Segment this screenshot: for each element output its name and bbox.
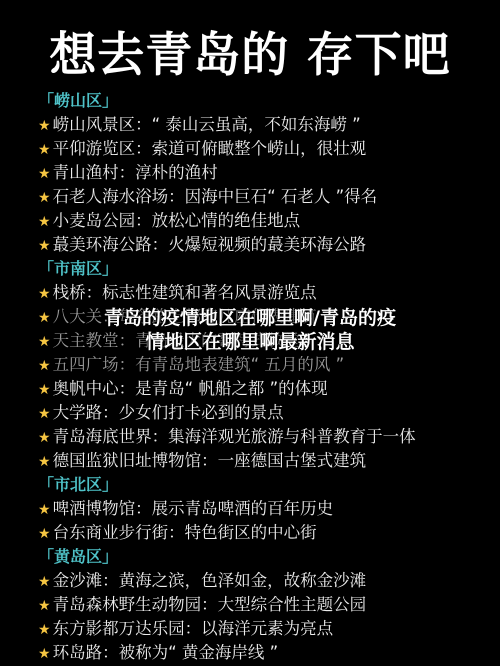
section-laoshan: 「崂山区」	[38, 89, 500, 113]
star-icon: ★	[38, 190, 51, 206]
overlay-caption: 青岛的疫情地区在哪里啊/青岛的疫 情地区在哪里啊最新消息	[40, 306, 460, 354]
star-icon: ★	[38, 526, 51, 542]
list-item: ★崂山风景区：“ 泰山云虽高，不如东海崂 ”	[38, 113, 500, 137]
overlay-line-2: 情地区在哪里啊最新消息	[40, 330, 460, 354]
star-icon: ★	[38, 238, 51, 254]
list-item: ★奥帆中心：是青岛“ 帆船之都 ”的体现	[38, 377, 500, 401]
star-icon: ★	[38, 646, 51, 662]
list-item: ★啤酒博物馆：展示青岛啤酒的百年历史	[38, 497, 500, 521]
page-title: 想去青岛的 存下吧	[0, 18, 500, 85]
star-icon: ★	[38, 502, 51, 518]
section-shibei: 「市北区」	[38, 473, 500, 497]
star-icon: ★	[38, 166, 51, 182]
star-icon: ★	[38, 382, 51, 398]
star-icon: ★	[38, 598, 51, 614]
list-item: ★青岛森林野生动物园：大型综合性主题公园	[38, 593, 500, 617]
star-icon: ★	[38, 118, 51, 134]
list-item: ★平仰游览区：索道可俯瞰整个崂山，很壮观	[38, 137, 500, 161]
star-icon: ★	[38, 358, 51, 374]
list-item: ★青山渔村：淳朴的渔村	[38, 161, 500, 185]
list-item: ★环岛路：被称为“ 黄金海岸线 ”	[38, 641, 500, 665]
list-item: ★石老人海水浴场：因海中巨石“ 石老人 ”得名	[38, 185, 500, 209]
list-item: ★台东商业步行街：特色街区的中心街	[38, 521, 500, 545]
list-item: ★栈桥：标志性建筑和著名风景游览点	[38, 281, 500, 305]
section-shinan: 「市南区」	[38, 257, 500, 281]
overlay-line-1: 青岛的疫情地区在哪里啊/青岛的疫	[40, 306, 460, 330]
star-icon: ★	[38, 142, 51, 158]
list-item: ★小麦岛公园：放松心情的绝佳地点	[38, 209, 500, 233]
section-huangdao: 「黄岛区」	[38, 545, 500, 569]
star-icon: ★	[38, 574, 51, 590]
star-icon: ★	[38, 406, 51, 422]
star-icon: ★	[38, 454, 51, 470]
list-item: ★东方影都万达乐园：以海洋元素为亮点	[38, 617, 500, 641]
attraction-list: 「崂山区」 ★崂山风景区：“ 泰山云虽高，不如东海崂 ” ★平仰游览区：索道可俯…	[38, 89, 500, 665]
star-icon: ★	[38, 622, 51, 638]
list-item: ★德国监狱旧址博物馆：一座德国古堡式建筑	[38, 449, 500, 473]
list-item: ★五四广场：有青岛地表建筑“ 五月的风 ”	[38, 353, 500, 377]
list-item: ★蕞美环海公路：火爆短视频的蕞美环海公路	[38, 233, 500, 257]
star-icon: ★	[38, 286, 51, 302]
list-item: ★金沙滩：黄海之滨，色泽如金，故称金沙滩	[38, 569, 500, 593]
star-icon: ★	[38, 430, 51, 446]
star-icon: ★	[38, 214, 51, 230]
list-item: ★大学路：少女们打卡必到的景点	[38, 401, 500, 425]
list-item: ★青岛海底世界：集海洋观光旅游与科普教育于一体	[38, 425, 500, 449]
